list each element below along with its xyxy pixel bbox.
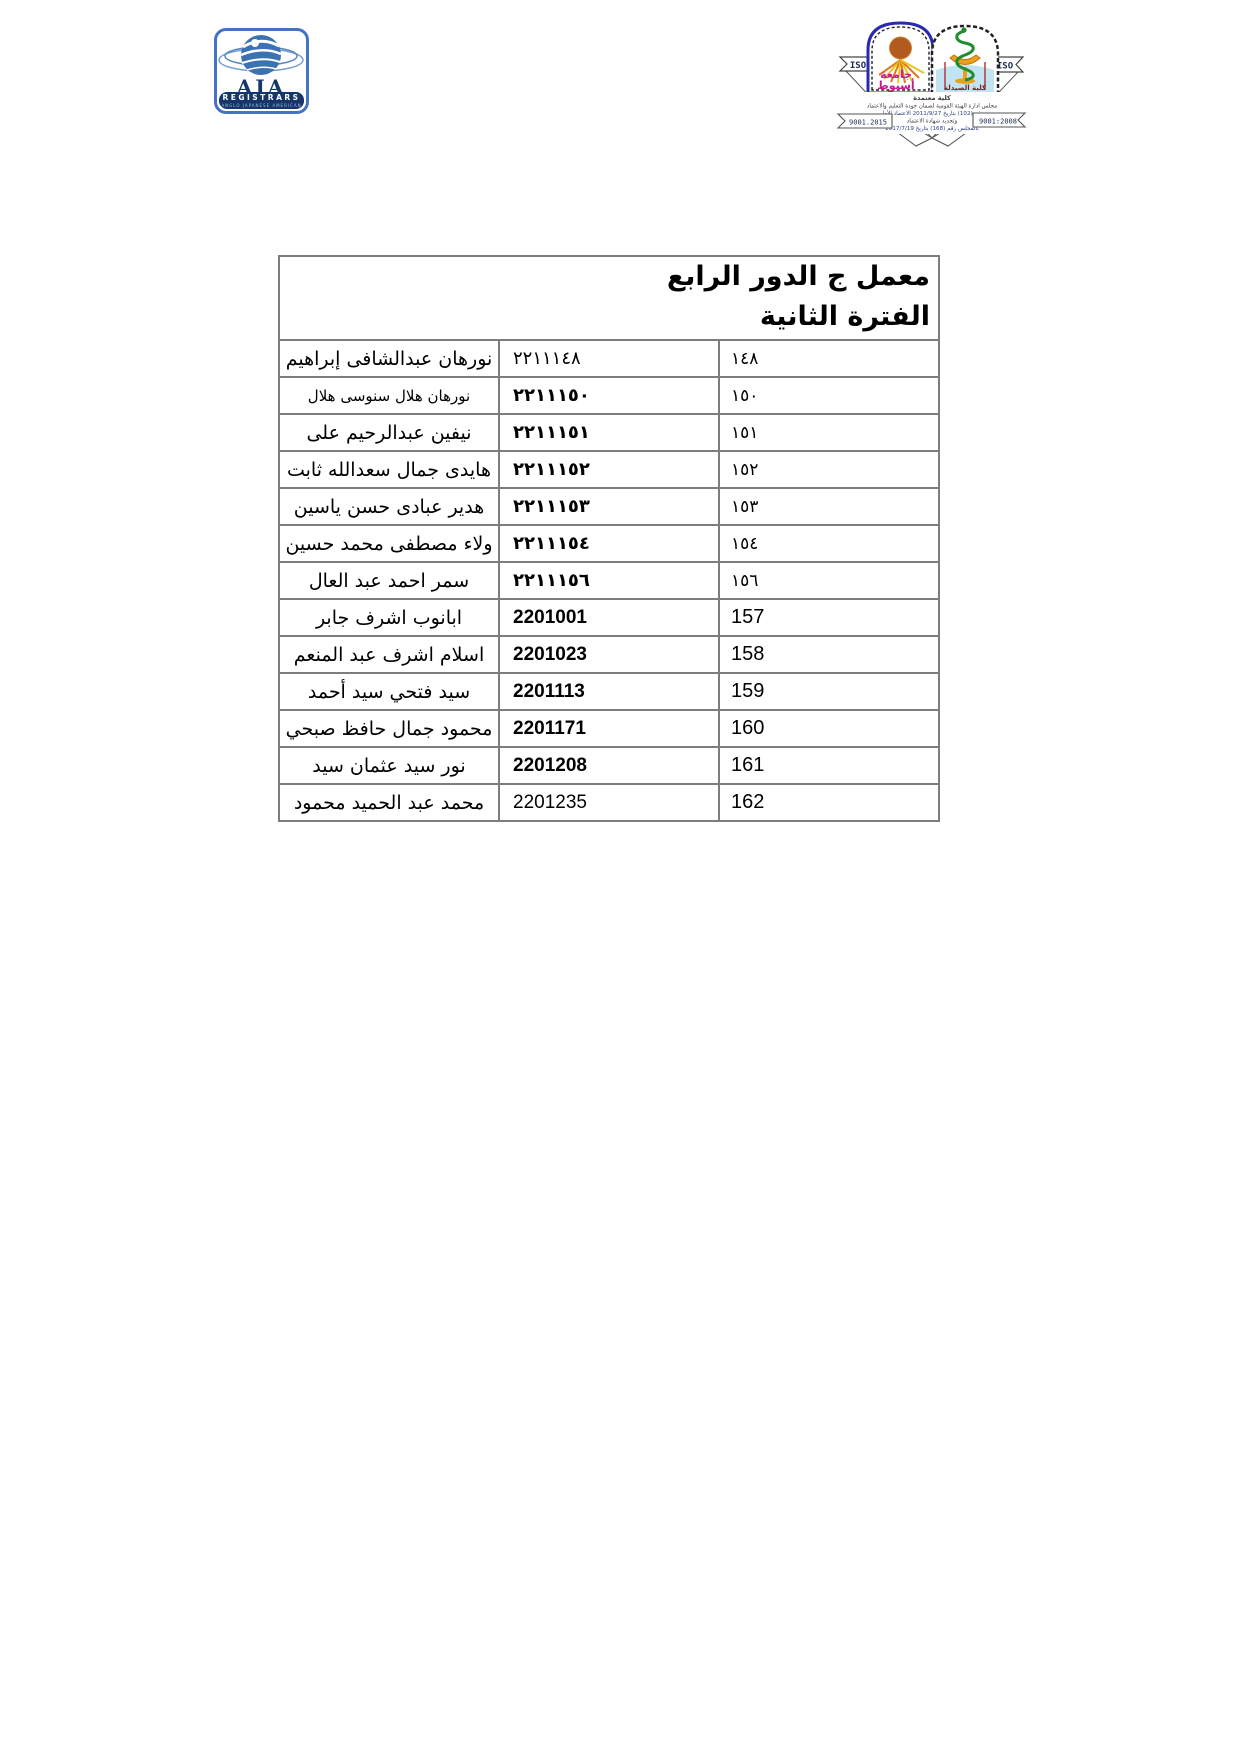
seat-number-cell: 161	[719, 747, 939, 784]
svg-text:بالمجلس رقم (168) بتاريخ 2017/: بالمجلس رقم (168) بتاريخ 2017/7/19	[885, 126, 979, 132]
aja-subtext: ANGLO JAPANESE AMERICAN	[219, 103, 304, 108]
seat-number-cell: 157	[719, 599, 939, 636]
table-row: نورهان عبدالشافى إبراهيم ٢٢١١١٤٨ ١٤٨	[279, 340, 939, 377]
student-name-cell: نور سيد عثمان سيد	[279, 747, 499, 784]
aja-banner: REGISTRARS ANGLO JAPANESE AMERICAN	[219, 92, 304, 109]
student-id-cell: ٢٢١١١٥١	[499, 414, 719, 451]
student-id-cell: 2201171	[499, 710, 719, 747]
cert-ribbon-right: 9001:2008	[973, 113, 1025, 127]
student-name-cell: نيفين عبدالرحيم على	[279, 414, 499, 451]
seat-number-cell: ١٥٠	[719, 377, 939, 414]
table-row: نيفين عبدالرحيم على ٢٢١١١٥١ ١٥١	[279, 414, 939, 451]
aja-registrars-logo: AJA REGISTRARS ANGLO JAPANESE AMERICAN	[214, 28, 309, 114]
svg-text:رقم (102) بتاريخ 2011/9/27 الا: رقم (102) بتاريخ 2011/9/27 الاعتماد الأو…	[880, 109, 984, 117]
table-row: سيد فتحي سيد أحمد 2201113 159	[279, 673, 939, 710]
seat-number-cell: ١٥١	[719, 414, 939, 451]
university-certification-logo: ISO ISO	[780, 10, 1060, 160]
student-id-cell: ٢٢١١١٥٢	[499, 451, 719, 488]
table-title-line2: الفترة الثانية	[280, 297, 930, 337]
table-row: محمود جمال حافظ صبحي 2201171 160	[279, 710, 939, 747]
table-row: سمر احمد عبد العال ٢٢١١١٥٦ ١٥٦	[279, 562, 939, 599]
svg-text:مجلس ادارة الهيئة القومية لضما: مجلس ادارة الهيئة القومية لضمان جودة الت…	[867, 104, 997, 110]
table-row: ابانوب اشرف جابر 2201001 157	[279, 599, 939, 636]
student-name-cell: محمد عبد الحميد محمود	[279, 784, 499, 821]
seat-number-cell: 162	[719, 784, 939, 821]
document-page: AJA REGISTRARS ANGLO JAPANESE AMERICAN I…	[0, 0, 1241, 1755]
student-name-cell: سمر احمد عبد العال	[279, 562, 499, 599]
svg-text:ISO: ISO	[850, 61, 867, 71]
university-emblem-icon: جامعة أسيوط	[868, 23, 933, 93]
student-id-cell: ٢٢١١١٤٨	[499, 340, 719, 377]
svg-text:أسيوط: أسيوط	[877, 78, 914, 92]
table-row: نور سيد عثمان سيد 2201208 161	[279, 747, 939, 784]
seat-number-cell: ١٥٤	[719, 525, 939, 562]
seat-number-cell: 159	[719, 673, 939, 710]
svg-text:وتجديد شهادة الاعتماد: وتجديد شهادة الاعتماد	[907, 119, 958, 125]
table-row: هدير عبادى حسن ياسين ٢٢١١١٥٣ ١٥٣	[279, 488, 939, 525]
student-id-cell: ٢٢١١١٥٦	[499, 562, 719, 599]
aja-banner-text: REGISTRARS	[219, 93, 304, 103]
svg-text:9001:2008: 9001:2008	[979, 118, 1017, 126]
student-id-cell: ٢٢١١١٥٤	[499, 525, 719, 562]
student-name-cell: نورهان عبدالشافى إبراهيم	[279, 340, 499, 377]
student-name-cell: سيد فتحي سيد أحمد	[279, 673, 499, 710]
table-row: اسلام اشرف عبد المنعم 2201023 158	[279, 636, 939, 673]
student-name-cell: ولاء مصطفى محمد حسين	[279, 525, 499, 562]
cert-ribbon-left: 9001.2015	[838, 114, 892, 128]
svg-text:كلية الصيدلة: كلية الصيدلة	[944, 84, 987, 92]
student-id-cell: ٢٢١١١٥٣	[499, 488, 719, 525]
svg-text:ISO: ISO	[997, 62, 1014, 72]
student-name-cell: هدير عبادى حسن ياسين	[279, 488, 499, 525]
table-header-row: معمل ج الدور الرابع الفترة الثانية	[279, 256, 939, 340]
student-name-cell: هايدى جمال سعدالله ثابت	[279, 451, 499, 488]
table-row: محمد عبد الحميد محمود 2201235 162	[279, 784, 939, 821]
table-title-cell: معمل ج الدور الرابع الفترة الثانية	[279, 256, 939, 340]
table-row: نورهان هلال سنوسى هلال ٢٢١١١٥٠ ١٥٠	[279, 377, 939, 414]
aja-globe-icon	[217, 32, 306, 78]
student-id-cell: 2201113	[499, 673, 719, 710]
student-name-cell: نورهان هلال سنوسى هلال	[279, 377, 499, 414]
seat-number-cell: 160	[719, 710, 939, 747]
student-id-cell: 2201208	[499, 747, 719, 784]
student-name-cell: محمود جمال حافظ صبحي	[279, 710, 499, 747]
student-id-cell: 2201001	[499, 599, 719, 636]
table-title-line1: معمل ج الدور الرابع	[280, 257, 930, 297]
pharmacy-emblem-icon: كلية الصيدلة	[932, 26, 998, 94]
certification-logo-graphic: ISO ISO	[780, 10, 1060, 160]
seat-number-cell: 158	[719, 636, 939, 673]
svg-text:كلية معتمدة: كلية معتمدة	[913, 94, 951, 102]
student-id-cell: 2201235	[499, 784, 719, 821]
svg-text:9001.2015: 9001.2015	[849, 119, 887, 127]
student-id-cell: 2201023	[499, 636, 719, 673]
seat-number-cell: ١٥٦	[719, 562, 939, 599]
student-name-cell: اسلام اشرف عبد المنعم	[279, 636, 499, 673]
lab-roster-table: معمل ج الدور الرابع الفترة الثانية نورها…	[278, 255, 940, 822]
seat-number-cell: ١٥٣	[719, 488, 939, 525]
seat-number-cell: ١٥٢	[719, 451, 939, 488]
student-id-cell: ٢٢١١١٥٠	[499, 377, 719, 414]
student-name-cell: ابانوب اشرف جابر	[279, 599, 499, 636]
table-row: ولاء مصطفى محمد حسين ٢٢١١١٥٤ ١٥٤	[279, 525, 939, 562]
table-row: هايدى جمال سعدالله ثابت ٢٢١١١٥٢ ١٥٢	[279, 451, 939, 488]
seat-number-cell: ١٤٨	[719, 340, 939, 377]
